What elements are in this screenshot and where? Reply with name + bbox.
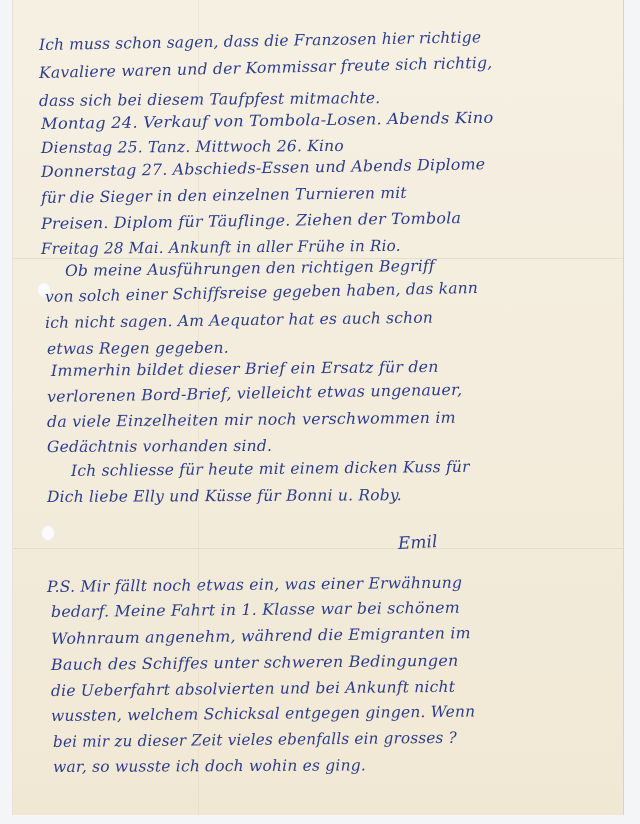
letter-page: Ich muss schon sagen, dass die Franzosen…	[13, 0, 623, 815]
letter-line: ich nicht sagen. Am Aequator hat es auch…	[45, 309, 433, 332]
letter-line: Immerhin bildet dieser Brief ein Ersatz …	[51, 358, 439, 380]
letter-line: für die Sieger in den einzelnen Turniere…	[41, 184, 407, 207]
paper-fold-line	[13, 548, 623, 549]
letter-line: Ich muss schon sagen, dass die Franzosen…	[39, 28, 481, 54]
letter-line: Preisen. Diplom für Täuflinge. Ziehen de…	[41, 209, 461, 233]
letter-line: etwas Regen gegeben.	[47, 339, 229, 358]
letter-line: Ob meine Ausführungen den richtigen Begr…	[65, 257, 435, 280]
postscript-line: Bauch des Schiffes unter schweren Beding…	[51, 652, 459, 674]
letter-line: Dich liebe Elly und Küsse für Bonni u. R…	[47, 486, 402, 506]
punch-hole	[41, 525, 55, 541]
letter-line: da viele Einzelheiten mir noch verschwom…	[47, 409, 456, 431]
letter-line: Ich schliesse für heute mit einem dicken…	[71, 458, 470, 480]
postscript-line: bei mir zu dieser Zeit vieles ebenfalls …	[53, 729, 457, 751]
letter-line: dass sich bei diesem Taufpfest mitmachte…	[39, 89, 380, 110]
postscript-line: bedarf. Meine Fahrt in 1. Klasse war bei…	[51, 599, 460, 621]
letter-line: von solch einer Schiffsreise gegeben hab…	[45, 279, 478, 306]
postscript-line: war, so wusste ich doch wohin es ging.	[53, 756, 366, 776]
letter-line: Freitag 28 Mai. Ankunft in aller Frühe i…	[41, 237, 401, 258]
postscript-line: die Ueberfahrt absolvierten und bei Anku…	[51, 678, 455, 700]
signature: Emil	[398, 532, 438, 554]
letter-line: Dienstag 25. Tanz. Mittwoch 26. Kino	[41, 137, 344, 157]
postscript-line: wussten, welchem Schicksal entgegen ging…	[51, 703, 476, 725]
letter-line: verlorenen Bord-Brief, vielleicht etwas …	[47, 381, 463, 406]
letter-line: Montag 24. Verkauf von Tombola-Losen. Ab…	[41, 109, 494, 133]
postscript-line: Wohnraum angenehm, während die Emigrante…	[51, 624, 471, 648]
postscript-line: P.S. Mir fällt noch etwas ein, was einer…	[47, 574, 462, 596]
letter-line: Donnerstag 27. Abschieds-Essen und Abend…	[41, 155, 486, 181]
letter-line: Gedächtnis vorhanden sind.	[47, 437, 272, 456]
letter-line: Kavaliere waren und der Kommissar freute…	[39, 54, 493, 82]
